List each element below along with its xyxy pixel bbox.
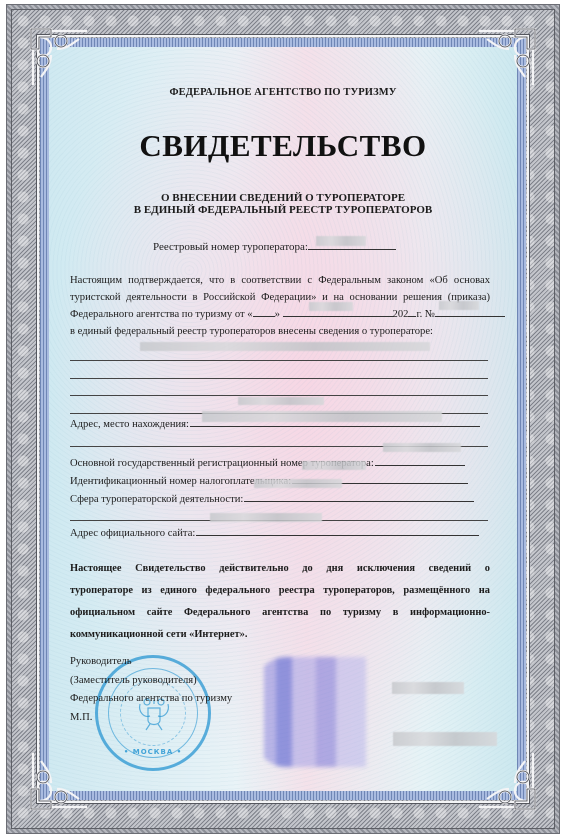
decision-number-redacted [439,301,479,310]
ogrn-field [375,455,465,466]
signatory-name-redacted [392,682,464,694]
validity-notice: Настоящее Свидетельство действительно до… [70,558,490,646]
document-title: СВИДЕТЕЛЬСТВО [0,128,566,164]
subtitle-line-1: О ВНЕСЕНИИ СВЕДЕНИЙ О ТУРОПЕРАТОРЕ [0,192,566,204]
address-label: Адрес, место нахождения: [70,419,189,430]
notice-line-2: туроператоре из единого федерального рее… [70,580,490,602]
sphere-label: Сфера туроператорской деятельности: [70,494,243,505]
signatory-line-2: (Заместитель руководителя) [70,672,232,691]
operator-name-redacted [140,342,430,351]
intro-paragraph: Настоящим подтверждается, что в соответс… [70,272,490,340]
decision-month-field [283,306,393,317]
notice-line-3: официальном сайте Федерального агентства… [70,602,490,624]
inn-redacted [302,461,366,470]
decision-number-field [435,306,505,317]
notice-line-1: Настоящее Свидетельство действительно до… [70,558,490,580]
notice-line-4: коммуникационной сети «Интернет». [70,624,490,646]
operator-name-line-1 [70,360,488,361]
registry-number-row: Реестровый номер туроператора: [153,239,396,253]
operator-name-line-2 [70,378,488,379]
registry-number-field [308,239,396,250]
decision-year-field [408,306,416,317]
seal-place-label: М.П. [70,709,232,728]
intro-line-4: в единый федеральный реестр туроператоро… [70,323,490,340]
ogrn-row: Основной государственный регистрационный… [70,455,465,469]
address-row: Адрес, место нахождения: [70,416,480,430]
subtitle-line-2: В ЕДИНЫЙ ФЕДЕРАЛЬНЫЙ РЕЕСТР ТУРОПЕРАТОРО… [0,204,566,216]
intro-line-1: Настоящим подтверждается, что в соответс… [70,272,490,289]
agency-header: ФЕДЕРАЛЬНОЕ АГЕНТСТВО ПО ТУРИЗМУ [0,87,566,98]
registry-number-label: Реестровый номер туроператора: [153,241,308,253]
website-redacted [210,513,322,522]
sphere-row: Сфера туроператорской деятельности: [70,491,474,505]
intro-line-3: Федерального агентства по туризму от «» … [70,306,490,323]
signatory-line-1: Руководитель [70,653,232,672]
signatory-block: Руководитель (Заместитель руководителя) … [70,653,232,727]
decision-month-redacted [309,302,353,311]
operator-name-line-3 [70,395,488,396]
registry-number-redacted [316,236,366,246]
operator-name-redacted-2 [238,397,324,405]
decision-day-field [253,306,275,317]
quote-close: » [275,309,280,320]
website-label: Адрес официального сайта: [70,528,195,539]
website-field [196,525,479,536]
decision-date-prefix: Федерального агентства по туризму от « [70,309,253,320]
signatory-line-3: Федерального агентства по туризму [70,690,232,709]
sphere-field [244,491,474,502]
stamp-city: • МОСКВА • [98,748,208,756]
sphere-redacted [254,479,342,488]
certificate-content: ФЕДЕРАЛЬНОЕ АГЕНТСТВО ПО ТУРИЗМУ СВИДЕТЕ… [0,0,566,839]
signatory-initials-redacted [393,732,497,746]
ogrn-redacted [383,443,461,452]
decision-year-prefix: 202 [393,309,409,320]
intro-line-2: туристской деятельности в Российской Фед… [70,289,490,306]
document-subtitle: О ВНЕСЕНИИ СВЕДЕНИЙ О ТУРОПЕРАТОРЕ В ЕДИ… [0,192,566,216]
decision-number-label: г. № [416,309,435,320]
signature-redacted [256,657,396,767]
website-row: Адрес официального сайта: [70,525,479,539]
address-redacted [202,411,442,422]
address-field [190,416,480,427]
